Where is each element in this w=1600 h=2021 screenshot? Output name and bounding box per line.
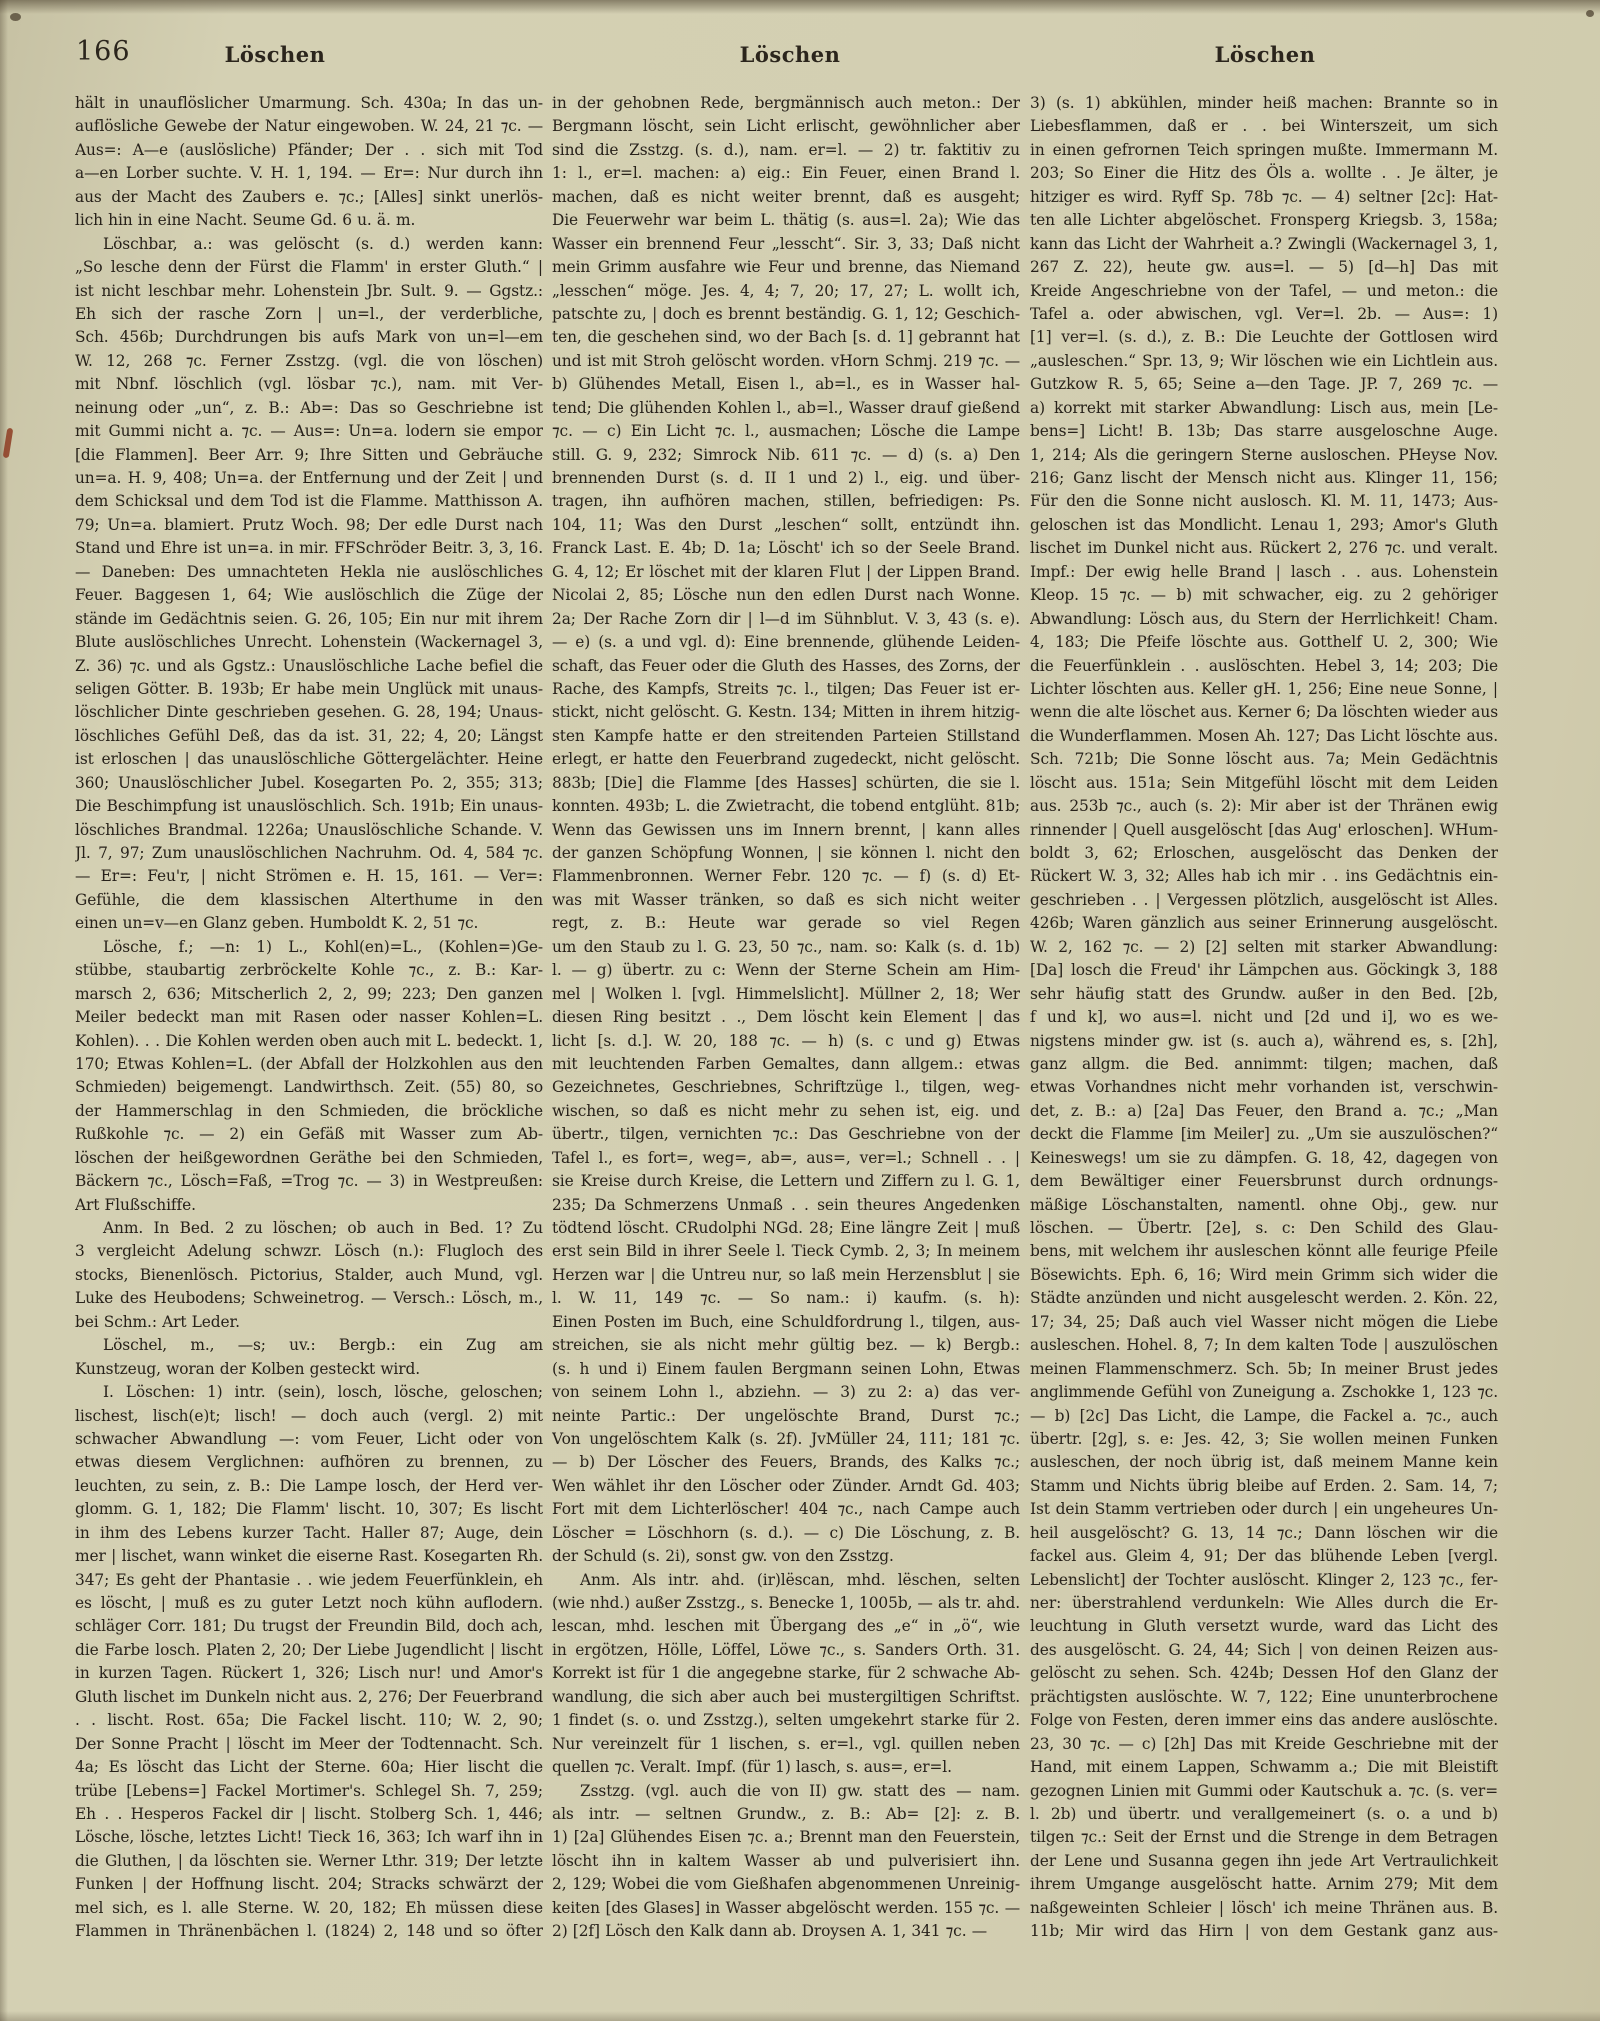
text-line: Folge von Festen, deren immer eins das a…	[1030, 1709, 1498, 1732]
text-line: G. 4, 12; Er löschet mit der klaren Flut…	[552, 561, 1020, 584]
text-line: 347; Es geht der Phantasie . . wie jedem…	[75, 1569, 543, 1592]
text-line: Impf.: Der ewig helle Brand | lasch . . …	[1030, 561, 1498, 584]
text-line: die Wunderflammen. Mosen Ah. 127; Das Li…	[1030, 725, 1498, 748]
text-line: ist nicht leschbar mehr. Lohenstein Jbr.…	[75, 280, 543, 303]
text-line: regt, z. B.: Heute war gerade so viel Re…	[552, 912, 1020, 935]
text-line: löschliches Brandmal. 1226a; Unauslöschl…	[75, 819, 543, 842]
text-line: det, z. B.: a) [2a] Das Feuer, den Brand…	[1030, 1100, 1498, 1123]
text-line: I. Löschen: 1) intr. (sein), losch, lösc…	[75, 1381, 543, 1404]
text-line: Flammenbronnen. Werner Febr. 120 ⁊c. — f…	[552, 865, 1020, 888]
text-line: mäßige Löschanstalten, namentl. ohne Obj…	[1030, 1194, 1498, 1217]
scan-edge-shadow-left	[0, 0, 8, 2021]
text-line: mer | lischet, wann winket die eiserne R…	[75, 1545, 543, 1568]
text-line: Luke des Heubodens; Schweinetrog. — Vers…	[75, 1287, 543, 1310]
text-line: der Lene und Susanna gegen ihn jede Art …	[1030, 1850, 1498, 1873]
text-line: rinnender | Quell ausgelöscht [das Aug' …	[1030, 819, 1498, 842]
text-line: 426b; Waren gänzlich aus seiner Erinneru…	[1030, 912, 1498, 935]
text-line: der Hammerschlag in den Schmieden, die b…	[75, 1100, 543, 1123]
text-line: 170; Etwas Kohlen=L. (der Abfall der Hol…	[75, 1053, 543, 1076]
text-line: geschrieben . . | Vergessen plötzlich, a…	[1030, 889, 1498, 912]
running-head-column-3: Löschen	[1030, 42, 1500, 67]
text-line: konnten. 493b; L. die Zwietracht, die to…	[552, 795, 1020, 818]
text-line: Gluth lischet im Dunkeln nicht aus. 2, 2…	[75, 1686, 543, 1709]
text-line: auflösliche Gewebe der Natur eingewoben.…	[75, 115, 543, 138]
text-line: 1 findet (s. o. und Zsstzg.), selten umg…	[552, 1709, 1020, 1732]
text-line: (wie nhd.) außer Zsstzg., s. Benecke 1, …	[552, 1592, 1020, 1615]
scan-speck	[1586, 10, 1594, 17]
text-line: „ausleschen.“ Spr. 13, 9; Wir löschen wi…	[1030, 350, 1498, 373]
text-line: löscht ihn in kaltem Wasser ab und pulve…	[552, 1850, 1020, 1873]
text-line: 203; So Einer die Hitz des Öls a. wollte…	[1030, 162, 1498, 185]
text-line: Die Beschimpfung ist unauslöschlich. Sch…	[75, 795, 543, 818]
text-line: sten Kampfe hatte er den streitenden Par…	[552, 725, 1020, 748]
text-line: übertr. [2g], s. e: Jes. 42, 3; Sie woll…	[1030, 1428, 1498, 1451]
text-line: schwacher Abwandlung —: vom Feuer, Licht…	[75, 1428, 543, 1451]
text-line: a) korrekt mit starker Abwandlung: Lisch…	[1030, 397, 1498, 420]
text-line: Eh . . Hesperos Fackel dir | lischt. Sto…	[75, 1803, 543, 1826]
text-line: lischest, lisch(e)t; lisch! — doch auch …	[75, 1405, 543, 1428]
text-line: Ist dein Stamm vertrieben oder durch | e…	[1030, 1498, 1498, 1521]
text-line: 2, 129; Wobei die vom Gießhafen abgenomm…	[552, 1873, 1020, 1896]
text-line: stände im Gedächtnis seien. G. 26, 105; …	[75, 608, 543, 631]
text-line: Gezeichnetes, Geschriebnes, Schriftzüge …	[552, 1076, 1020, 1099]
text-line: bens, mit welchem ihr ausleschen könnt a…	[1030, 1240, 1498, 1263]
text-line: Städte anzünden und nicht ausgelescht we…	[1030, 1287, 1498, 1310]
text-line: Kunstzeug, woran der Kolben gesteckt wir…	[75, 1358, 543, 1381]
text-line: mel | Wolken l. [vgl. Himmelslicht]. Mül…	[552, 983, 1020, 1006]
text-line: Stamm und Nichts übrig bleibe auf Erden.…	[1030, 1475, 1498, 1498]
text-line: der ganzen Schöpfung Wonnen, | sie könne…	[552, 842, 1020, 865]
text-line: Lösche, lösche, letztes Licht! Tieck 16,…	[75, 1826, 543, 1849]
text-column: hält in unauflöslicher Umarmung. Sch. 43…	[75, 92, 543, 1944]
text-line: erst sein Bild in ihrer Seele l. Tieck C…	[552, 1240, 1020, 1263]
text-line: erlegt, er hatte den Feuerbrand zugedeck…	[552, 748, 1020, 771]
text-line: sind die Zsstzg. (s. d.), nam. er=l. — 2…	[552, 139, 1020, 162]
text-line: löschlicher Dinte geschrieben gesehen. G…	[75, 701, 543, 724]
text-line: Bergmann löscht, sein Licht erlischt, ge…	[552, 115, 1020, 138]
text-line: Franck Last. E. 4b; D. 1a; Löscht' ich s…	[552, 537, 1020, 560]
text-line: aus der Macht des Zaubers e. ⁊c.; [Alles…	[75, 186, 543, 209]
text-line: Kreide Angeschriebne von der Tafel, — un…	[1030, 280, 1498, 303]
text-line: anglimmende Gefühl von Zuneigung a. Zsch…	[1030, 1381, 1498, 1404]
text-line: — Er=: Feu'r, | nicht Strömen e. H. 15, …	[75, 865, 543, 888]
text-line: in der gehobnen Rede, bergmännisch auch …	[552, 92, 1020, 115]
text-line: prächtigsten auslöschte. W. 7, 122; Eine…	[1030, 1686, 1498, 1709]
text-line: licht [s. d.]. W. 20, 188 ⁊c. — h) (s. c…	[552, 1030, 1020, 1053]
text-line: seligen Götter. B. 193b; Er habe mein Un…	[75, 678, 543, 701]
text-line: kann das Licht der Wahrheit a.? Zwingli …	[1030, 233, 1498, 256]
text-line: trübe [Lebens=] Fackel Mortimer's. Schle…	[75, 1780, 543, 1803]
text-line: sie Kreise durch Kreise, die Lettern und…	[552, 1170, 1020, 1193]
text-line: Korrekt ist für 1 die angegebne starke, …	[552, 1662, 1020, 1685]
text-line: ten alle Lichter abgelöschet. Fronsperg …	[1030, 209, 1498, 232]
text-line: f und k], wo aus=l. nicht und [2d und i]…	[1030, 1006, 1498, 1029]
text-line: Nur vereinzelt für 1 lischen, s. er=l., …	[552, 1733, 1020, 1756]
text-line: dem Schicksal und dem Tod ist die Flamme…	[75, 490, 543, 513]
text-line: 23, 30 ⁊c. — c) [2h] Das mit Kreide Gesc…	[1030, 1733, 1498, 1756]
text-line: Stand und Ehre ist un=a. in mir. FFSchrö…	[75, 537, 543, 560]
text-line: Z. 36) ⁊c. und als Ggstz.: Unauslöschlic…	[75, 655, 543, 678]
text-line: marsch 2, 636; Mitscherlich 2, 2, 99; 22…	[75, 983, 543, 1006]
text-line: 104, 11; Was den Durst „leschen“ sollt, …	[552, 514, 1020, 537]
text-line: bens=] Licht! B. 13b; Das starre ausgelo…	[1030, 420, 1498, 443]
scan-speck	[10, 13, 21, 21]
text-line: einen un=v—en Glanz geben. Humboldt K. 2…	[75, 912, 543, 935]
text-line: gezognen Linien mit Gummi oder Kautschuk…	[1030, 1780, 1498, 1803]
text-line: keiten [des Glases] in Wasser abgelöscht…	[552, 1897, 1020, 1920]
text-line: in kurzen Tagen. Rückert 1, 326; Lisch n…	[75, 1662, 543, 1685]
text-line: schaft, das Feuer oder die Gluth des Has…	[552, 655, 1020, 678]
text-line: ner: überstrahlend verdunkeln: Wie Alles…	[1030, 1592, 1498, 1615]
text-line: l. 2b) und übertr. und verallgemeinert (…	[1030, 1803, 1498, 1826]
text-line: Kleop. 15 ⁊c. — b) mit schwacher, eig. z…	[1030, 584, 1498, 607]
text-line: Bäckern ⁊c., Lösch=Faß, =Trog ⁊c. — 3) i…	[75, 1170, 543, 1193]
text-line: Sch. 721b; Die Sonne löscht aus. 7a; Mei…	[1030, 748, 1498, 771]
text-line: Die Feuerwehr war beim L. thätig (s. aus…	[552, 209, 1020, 232]
text-line: von seinem Lohn l., abziehn. — 3) zu 2: …	[552, 1381, 1020, 1404]
text-line: Löscher = Löschhorn (s. d.). — c) Die Lö…	[552, 1522, 1020, 1545]
text-line: löschen der heißgewordnen Geräthe bei de…	[75, 1147, 543, 1170]
text-line: Liebesflammen, daß er . . bei Winterszei…	[1030, 115, 1498, 138]
text-line: wenn die alte löschet aus. Kerner 6; Da …	[1030, 701, 1498, 724]
text-line: 1: l., er=l. machen: a) eig.: Ein Feuer,…	[552, 162, 1020, 185]
scanned-dictionary-page: 166 Löschen Löschen Löschen hält in unau…	[0, 0, 1600, 2021]
text-line: mel sich, es l. alle Sterne. W. 20, 182;…	[75, 1897, 543, 1920]
text-line: diesen Ring besitzt . ., Dem löscht kein…	[552, 1006, 1020, 1029]
text-line: Hand, mit einem Lappen, Schwamm a.; Die …	[1030, 1756, 1498, 1779]
text-line: stocks, Bienenlösch. Pictorius, Stalder,…	[75, 1264, 543, 1287]
text-line: als intr. — seltnen Grundw., z. B.: Ab= …	[552, 1803, 1020, 1826]
text-line: schläger Corr. 181; Du trugst der Freund…	[75, 1615, 543, 1638]
text-line: geloschen ist das Mondlicht. Lenau 1, 29…	[1030, 514, 1498, 537]
text-line: Blute auslöschliches Unrecht. Lohenstein…	[75, 631, 543, 654]
text-line: Lösche, f.; —n: 1) L., Kohl(en)=L., (Koh…	[75, 936, 543, 959]
text-line: naßgeweinten Schleier | lösch' ich meine…	[1030, 1897, 1498, 1920]
text-line: Tafel l., es fort=, weg=, ab=, aus=, ver…	[552, 1147, 1020, 1170]
text-line: Art Flußschiffe.	[75, 1194, 543, 1217]
text-line: hält in unauflöslicher Umarmung. Sch. 43…	[75, 92, 543, 115]
text-line: Sch. 456b; Durchdrungen bis aufs Mark vo…	[75, 326, 543, 349]
text-line: Nicolai 2, 85; Lösche nun den edlen Durs…	[552, 584, 1020, 607]
text-line: — b) Der Löscher des Feuers, Brands, des…	[552, 1451, 1020, 1474]
text-line: [Da] losch die Freud' ihr Lämpchen aus. …	[1030, 959, 1498, 982]
text-line: — Daneben: Des umnachteten Hekla nie aus…	[75, 561, 543, 584]
text-line: ganz allgm. die Bed. annimmt: tilgen; ma…	[1030, 1053, 1498, 1076]
text-line: quellen ⁊c. Veralt. Impf. (für 1) lasch,…	[552, 1756, 1020, 1779]
text-line: 4a; Es löscht das Licht der Sterne. 60a;…	[75, 1756, 543, 1779]
text-line: gelöscht zu sehen. Sch. 424b; Dessen Hof…	[1030, 1662, 1498, 1685]
text-line: 267 Z. 22), heute gw. aus=l. — 5) [d—h] …	[1030, 256, 1498, 279]
text-line: was mit Wasser tränken, so daß es sich n…	[552, 889, 1020, 912]
text-line: lich hin in eine Nacht. Seume Gd. 6 u. ä…	[75, 209, 543, 232]
text-line: Meiler bedeckt man mit Rasen oder nasser…	[75, 1006, 543, 1029]
text-line: löschen. — Übertr. [2e], s. c: Den Schil…	[1030, 1217, 1498, 1240]
text-line: b) Glühendes Metall, Eisen l., ab=l., es…	[552, 373, 1020, 396]
text-line: [1] ver=l. (s. d.), z. B.: Die Leuchte d…	[1030, 326, 1498, 349]
text-line: still. G. 9, 232; Simrock Nib. 611 ⁊c. —…	[552, 444, 1020, 467]
text-line: Gefühle, die dem klassischen Alterthume …	[75, 889, 543, 912]
text-line: des ausgelöscht. G. 24, 44; Sich | von d…	[1030, 1639, 1498, 1662]
text-line: lescan, mhd. leschen mit Übergang des „e…	[552, 1615, 1020, 1638]
text-line: tödtend löscht. CRudolphi NGd. 28; Eine …	[552, 1217, 1020, 1240]
text-line: in einen gefrornen Teich springen mußte.…	[1030, 139, 1498, 162]
text-line: mit Gummi nicht a. ⁊c. — Aus=: Un=a. lod…	[75, 420, 543, 443]
text-line: ausleschen, der noch übrig ist, daß mein…	[1030, 1451, 1498, 1474]
text-line: Rußkohle ⁊c. — 2) ein Gefäß mit Wasser z…	[75, 1123, 543, 1146]
text-line: patschte zu, | doch es brennt beständig.…	[552, 303, 1020, 326]
text-line: stübbe, staubartig zerbröckelte Kohle ⁊c…	[75, 959, 543, 982]
text-line: tilgen ⁊c.: Seit der Ernst und die Stren…	[1030, 1826, 1498, 1849]
text-line: neinung oder „un“, z. B.: Ab=: Das so Ge…	[75, 397, 543, 420]
text-line: in ergötzen, Hölle, Löffel, Löwe ⁊c., s.…	[552, 1639, 1020, 1662]
text-line: Lebenslicht] der Tochter auslöscht. Klin…	[1030, 1569, 1498, 1592]
text-line: l. — g) übertr. zu c: Wenn der Sterne Sc…	[552, 959, 1020, 982]
text-line: Abwandlung: Lösch aus, du Stern der Herr…	[1030, 608, 1498, 631]
text-line: die Farbe losch. Platen 2, 20; Der Liebe…	[75, 1639, 543, 1662]
text-line: 3 vergleicht Adelung schwzr. Lösch (n.):…	[75, 1240, 543, 1263]
text-line: Tafel a. oder abwischen, vgl. Ver=l. 2b.…	[1030, 303, 1498, 326]
text-line: Funken | der Hoffnung lischt. 204; Strac…	[75, 1873, 543, 1896]
text-line: es löscht, | muß es zu guter Letzt noch …	[75, 1592, 543, 1615]
text-line: Wen wählet ihr den Löscher oder Zünder. …	[552, 1475, 1020, 1498]
text-line: ihrem Umgange ausgelöscht hatte. Arnim 2…	[1030, 1873, 1498, 1896]
text-line: mit leuchtenden Farben Gemaltes, dann al…	[552, 1053, 1020, 1076]
text-line: Keineswegs! um sie zu dämpfen. G. 18, 42…	[1030, 1147, 1498, 1170]
text-line: übertr., tilgen, vernichten ⁊c.: Das Ges…	[552, 1123, 1020, 1146]
text-line: boldt 3, 62; Erloschen, ausgelöscht das …	[1030, 842, 1498, 865]
text-line: W. 12, 268 ⁊c. Ferner Zsstzg. (vgl. die …	[75, 350, 543, 373]
text-line: löscht aus. 151a; Sein Mitgefühl löscht …	[1030, 772, 1498, 795]
text-line: 79; Un=a. blamiert. Prutz Woch. 98; Der …	[75, 514, 543, 537]
text-line: Gutzkow R. 5, 65; Seine a—den Tage. JP. …	[1030, 373, 1498, 396]
text-line: 11b; Mir wird das Hirn | von dem Gestank…	[1030, 1920, 1498, 1943]
text-line: Feuer. Baggesen 1, 64; Wie auslöschlich …	[75, 584, 543, 607]
text-line: „So lesche denn der Fürst die Flamm' in …	[75, 256, 543, 279]
text-line: Jl. 7, 97; Zum unauslöschlichen Nachruhm…	[75, 842, 543, 865]
scan-edge-shadow-top	[0, 0, 1600, 14]
text-line: fackel aus. Gleim 4, 91; Der das blühend…	[1030, 1545, 1498, 1568]
text-line: streichen, sie als nicht mehr gültig bez…	[552, 1334, 1020, 1357]
text-line: Rache, des Kampfs, Streits ⁊c. l., tilge…	[552, 678, 1020, 701]
text-line: Für den die Sonne nicht auslosch. Kl. M.…	[1030, 490, 1498, 513]
text-line: [die Flammen]. Beer Arr. 9; Ihre Sitten …	[75, 444, 543, 467]
text-line: — b) [2c] Das Licht, die Lampe, die Fack…	[1030, 1405, 1498, 1428]
text-line: löschliches Gefühl Deß, das da ist. 31, …	[75, 725, 543, 748]
text-line: die Feuerfünklein . . auslöschten. Hebel…	[1030, 655, 1498, 678]
text-line: deckt die Flamme [im Meiler] zu. „Um sie…	[1030, 1123, 1498, 1146]
text-line: wischen, so daß es nicht mehr zu sehen i…	[552, 1100, 1020, 1123]
text-line: leuchten, zu sein, z. B.: Die Lampe losc…	[75, 1475, 543, 1498]
text-line: W. 2, 162 ⁊c. — 2) [2] selten mit starke…	[1030, 936, 1498, 959]
text-line: heil ausgelöscht? G. 13, 14 ⁊c.; Dann lö…	[1030, 1522, 1498, 1545]
running-head-column-1: Löschen	[40, 42, 510, 67]
text-line: lischet im Dunkel nicht aus. Rückert 2, …	[1030, 537, 1498, 560]
text-line: stickt, nicht gelöscht. G. Kestn. 134; M…	[552, 701, 1020, 724]
text-line: 235; Da Schmerzens Unmaß . . sein theure…	[552, 1194, 1020, 1217]
text-line: 3) (s. 1) abkühlen, minder heiß machen: …	[1030, 92, 1498, 115]
text-line: Bösewichts. Eph. 6, 16; Wird mein Grimm …	[1030, 1264, 1498, 1287]
text-line: un=a. H. 9, 408; Un=a. der Entfernung un…	[75, 467, 543, 490]
text-line: leuchtung in Gluth versetzt wurde, ward …	[1030, 1615, 1498, 1638]
text-line: „lesschen“ möge. Jes. 4, 4; 7, 20; 17, 2…	[552, 280, 1020, 303]
text-line: — e) (s. a und vgl. d): Eine brennende, …	[552, 631, 1020, 654]
text-line: die Gluthen, | da löschten sie. Werner L…	[75, 1850, 543, 1873]
text-line: Anm. Als intr. ahd. (ir)lëscan, mhd. lës…	[552, 1569, 1020, 1592]
text-line: Löschbar, a.: was gelöscht (s. d.) werde…	[75, 233, 543, 256]
text-line: Aus=: A—e (auslösliche) Pfänder; Der . .…	[75, 139, 543, 162]
text-line: und ist mit Stroh gelöscht worden. vHorn…	[552, 350, 1020, 373]
text-line: aus. 253b ⁊c., auch (s. 2): Mir aber ist…	[1030, 795, 1498, 818]
text-line: etwas diesem Verglichnen: aufhören zu br…	[75, 1451, 543, 1474]
text-line: ⁊c. — c) Ein Licht ⁊c. l., ausmachen; Lö…	[552, 420, 1020, 443]
text-line: ten, die geschehen sind, wo der Bach [s.…	[552, 326, 1020, 349]
text-line: Löschel, m., —s; uv.: Bergb.: ein Zug am	[75, 1334, 543, 1357]
text-line: Wenn das Gewissen uns im Innern brennt, …	[552, 819, 1020, 842]
text-line: in ihm des Lebens kurzer Tacht. Haller 8…	[75, 1522, 543, 1545]
text-line: um den Staub zu l. G. 23, 50 ⁊c., nam. s…	[552, 936, 1020, 959]
text-line: Fort mit dem Lichterlöscher! 404 ⁊c., na…	[552, 1498, 1020, 1521]
text-line: tragen, ihn aufhören machen, stillen, be…	[552, 490, 1020, 513]
text-line: . . lischt. Rost. 65a; Die Fackel lischt…	[75, 1709, 543, 1732]
text-line: brennenden Durst (s. d. II 1 und 2) l., …	[552, 467, 1020, 490]
text-line: meinen Flammenschmerz. Sch. 5b; In meine…	[1030, 1358, 1498, 1381]
text-line: 2a; Der Rache Zorn dir | l—d im Sühnblut…	[552, 608, 1020, 631]
text-line: Zsstzg. (vgl. auch die von II) gw. statt…	[552, 1780, 1020, 1803]
text-line: bei Schm.: Art Leder.	[75, 1311, 543, 1334]
text-column: in der gehobnen Rede, bergmännisch auch …	[552, 92, 1020, 1944]
text-line: neinte Partic.: Der ungelöschte Brand, D…	[552, 1405, 1020, 1428]
text-line: Schmieden) beigemengt. Landwirthsch. Zei…	[75, 1076, 543, 1099]
text-line: mein Grimm ausfahre wie Feur und brenne,…	[552, 256, 1020, 279]
text-line: ist erloschen | das unauslöschliche Gött…	[75, 748, 543, 771]
text-line: a—en Lorber suchte. V. H. 1, 194. — Er=:…	[75, 162, 543, 185]
text-line: 4, 183; Die Pfeife löschte aus. Gotthelf…	[1030, 631, 1498, 654]
text-column: 3) (s. 1) abkühlen, minder heiß machen: …	[1030, 92, 1498, 1944]
text-line: l. W. 11, 149 ⁊c. — So nam.: i) kaufm. (…	[552, 1287, 1020, 1310]
text-line: Lichter löschten aus. Keller gH. 1, 256;…	[1030, 678, 1498, 701]
text-line: Herzen war | die Untreu nur, so laß mein…	[552, 1264, 1020, 1287]
text-line: Rückert W. 3, 32; Alles hab ich mir . . …	[1030, 865, 1498, 888]
text-line: etwas Vorhandnes nicht mehr vorhanden is…	[1030, 1076, 1498, 1099]
text-line: mit Nbnf. löschlich (vgl. lösbar ⁊c.), n…	[75, 373, 543, 396]
text-line: nigstens minder gw. ist (s. auch a), wäh…	[1030, 1030, 1498, 1053]
text-line: Anm. In Bed. 2 zu löschen; ob auch in Be…	[75, 1217, 543, 1240]
text-line: 2) [2f] Lösch den Kalk dann ab. Droysen …	[552, 1920, 1020, 1943]
text-line: Eh sich der rasche Zorn | un=l., der ver…	[75, 303, 543, 326]
text-line: (s. h und i) Einem faulen Bergmann seine…	[552, 1358, 1020, 1381]
text-line: 1) [2a] Glühendes Eisen ⁊c. a.; Brennt m…	[552, 1826, 1020, 1849]
running-head-column-2: Löschen	[555, 42, 1025, 67]
text-line: 1, 214; Als die geringern Sterne auslosc…	[1030, 444, 1498, 467]
text-line: dem Bewältiger einer Feuersbrunst durch …	[1030, 1170, 1498, 1193]
text-line: Einen Posten im Buch, eine Schuldfordrun…	[552, 1311, 1020, 1334]
text-line: Wasser ein brennend Feur „lesscht“. Sir.…	[552, 233, 1020, 256]
text-line: hitziger es wird. Ryff Sp. 78b ⁊c. — 4) …	[1030, 186, 1498, 209]
text-line: 17; 34, 25; Daß auch viel Wasser nicht m…	[1030, 1311, 1498, 1334]
text-line: ausleschen. Hohel. 8, 7; In dem kalten T…	[1030, 1334, 1498, 1357]
text-line: sehr häufig statt des Grundw. außer in d…	[1030, 983, 1498, 1006]
text-line: tend; Die glühenden Kohlen l., ab=l., Wa…	[552, 397, 1020, 420]
text-line: 360; Unauslöschlicher Jubel. Kosegarten …	[75, 772, 543, 795]
text-line: Von ungelöschtem Kalk (s. 2f). JvMüller …	[552, 1428, 1020, 1451]
text-line: 883b; [Die] die Flamme [des Hasses] schü…	[552, 772, 1020, 795]
text-line: Der Sonne Pracht | löscht im Meer der To…	[75, 1733, 543, 1756]
text-line: glomm. G. 1, 182; Die Flamm' lischt. 10,…	[75, 1498, 543, 1521]
text-line: 216; Ganz lischt der Mensch nicht aus. K…	[1030, 467, 1498, 490]
text-line: wandlung, die sich aber auch bei musterg…	[552, 1686, 1020, 1709]
text-line: Flammen in Thränenbächen l. (1824) 2, 14…	[75, 1920, 543, 1943]
text-line: machen, daß es nicht weiter brennt, daß …	[552, 186, 1020, 209]
scan-edge-shadow-bottom	[0, 2011, 1600, 2021]
text-line: der Schuld (s. 2i), sonst gw. von den Zs…	[552, 1545, 1020, 1568]
text-line: Kohlen). . . Die Kohlen werden oben auch…	[75, 1030, 543, 1053]
